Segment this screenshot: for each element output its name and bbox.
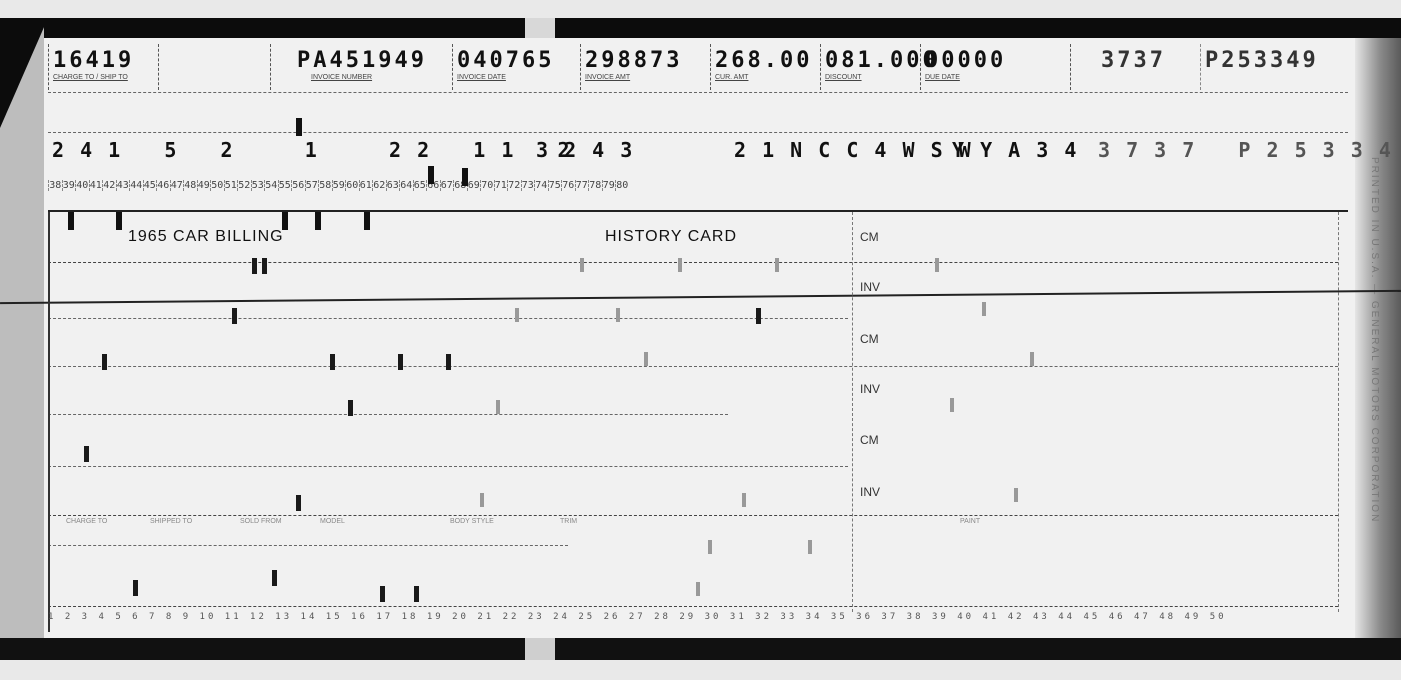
col-num: 64: [399, 180, 413, 191]
punch-mark: [262, 258, 267, 274]
punch-mark: [380, 586, 385, 602]
punch-mark: [330, 354, 335, 370]
col-num: 47: [170, 180, 184, 191]
col-num: 69: [467, 180, 481, 191]
bottom-header: MODEL: [320, 518, 345, 525]
col-num: 49: [197, 180, 211, 191]
punch-mark: [708, 540, 712, 554]
col-num: 65: [413, 180, 427, 191]
card-corner-cut: [0, 18, 48, 128]
col-num: 80: [615, 180, 629, 191]
field-current-amount: 268.00 CUR. AMT: [710, 44, 821, 90]
grid-line: [48, 466, 848, 467]
field-invoice-number: PA451949 INVOICE NUMBER: [270, 44, 453, 90]
punch-mark: [398, 354, 403, 370]
field-charge-to: 16419 CHARGE TO / SHIP TO: [48, 44, 159, 90]
col-num: 73: [521, 180, 535, 191]
field-value: 268.00: [715, 48, 812, 73]
col-num: 41: [89, 180, 103, 191]
col-num: 46: [156, 180, 170, 191]
punch-mark: [1030, 352, 1034, 366]
col-num: 77: [575, 180, 589, 191]
punch-mark: [580, 258, 584, 272]
row-label-inv: INV: [860, 382, 880, 396]
col-num: 39: [62, 180, 76, 191]
code-row-end: 3 7 3 7 P 2 5 3 3 4 9: [1098, 138, 1401, 162]
field-label: CUR. AMT: [715, 74, 748, 81]
card-title-left: 1965 CAR BILLING: [128, 228, 284, 246]
punch-mark: [616, 308, 620, 322]
punch-mark: [496, 400, 500, 414]
bottom-column-numbers: 1 2 3 4 5 6 7 8 9 10 11 12 13 14 15 16 1…: [48, 612, 1227, 622]
col-num: 71: [494, 180, 508, 191]
punch-mark: [678, 258, 682, 272]
bottom-header: SOLD FROM: [240, 518, 282, 525]
divider: [48, 210, 1348, 212]
field-label: INVOICE NUMBER: [311, 74, 372, 81]
punch-mark: [446, 354, 451, 370]
col-num: 79: [602, 180, 616, 191]
row-label-cm: CM: [860, 230, 879, 244]
field-label: CHARGE TO / SHIP TO: [53, 74, 128, 81]
col-num: 42: [102, 180, 116, 191]
field-value: P253349: [1205, 48, 1319, 73]
bottom-header: PAINT: [960, 518, 980, 525]
field-value: PA451949: [297, 48, 427, 73]
scan-top-border: [0, 18, 1401, 40]
punch-mark: [232, 308, 237, 324]
punch-mark: [644, 352, 648, 366]
col-num: 57: [305, 180, 319, 191]
card-right-border: [1338, 212, 1339, 612]
field-code-b: P253349: [1200, 44, 1351, 90]
punch-card: [44, 38, 1364, 638]
punch-mark: [982, 302, 986, 316]
code-rows: 2 4 1 5 2 1 2 2 1 1 2 3 2 4 3 2 1 N C C …: [48, 130, 1338, 210]
field-value: 3737: [1101, 48, 1166, 73]
field-label: INVOICE AMT: [585, 74, 630, 81]
col-num: 76: [561, 180, 575, 191]
col-num: 78: [588, 180, 602, 191]
field-label: DUE DATE: [925, 74, 960, 81]
bottom-header: BODY STYLE: [450, 518, 494, 525]
punch-mark: [808, 540, 812, 554]
field-discount: 081.000 DISCOUNT: [820, 44, 921, 90]
punch-mark: [950, 398, 954, 412]
punch-mark: [84, 446, 89, 462]
punch-mark: [742, 493, 746, 507]
punch-hole: [428, 166, 434, 184]
col-num: 53: [251, 180, 265, 191]
punch-mark: [775, 258, 779, 272]
punch-mark: [1014, 488, 1018, 502]
field-code-a: 3737: [1070, 44, 1201, 90]
punch-mark: [102, 354, 107, 370]
row-label-cm: CM: [860, 332, 879, 346]
col-num: 70: [480, 180, 494, 191]
code-row-far: Y Y A 3 4: [952, 138, 1078, 162]
field-label: INVOICE DATE: [457, 74, 506, 81]
col-num: 75: [548, 180, 562, 191]
punch-mark: [756, 308, 761, 324]
field-value: 16419: [53, 48, 134, 73]
col-num: 44: [129, 180, 143, 191]
punch-mark: [252, 258, 257, 274]
grid-line: [48, 515, 1338, 516]
row-label-cm: CM: [860, 433, 879, 447]
grid-line: [48, 545, 568, 546]
grid-line: [48, 318, 848, 319]
punch-hole: [462, 168, 468, 186]
bottom-header: CHARGE TO: [66, 518, 107, 525]
col-num: 59: [332, 180, 346, 191]
grid-line: [48, 414, 728, 415]
col-num: 52: [237, 180, 251, 191]
column-numbers: 38 39 40 41 42 43 44 45 46 47 48 49 50 5…: [48, 180, 629, 191]
field-value: 298873: [585, 48, 682, 73]
col-num: 48: [183, 180, 197, 191]
field-invoice-date: 040765 INVOICE DATE: [452, 44, 537, 90]
col-num: 58: [318, 180, 332, 191]
punch-mark: [348, 400, 353, 416]
col-num: 43: [116, 180, 130, 191]
col-num: 38: [48, 180, 62, 191]
row-label-inv: INV: [860, 280, 880, 294]
card-title-right: HISTORY CARD: [605, 228, 737, 246]
bottom-header: TRIM: [560, 518, 577, 525]
bottom-header: SHIPPED TO: [150, 518, 192, 525]
col-num: 55: [278, 180, 292, 191]
col-num: 61: [359, 180, 373, 191]
section-divider: [852, 212, 853, 612]
col-num: 63: [386, 180, 400, 191]
col-num: 74: [534, 180, 548, 191]
field-label: DISCOUNT: [825, 74, 862, 81]
punch-mark: [133, 580, 138, 596]
punch-hole: [116, 212, 122, 230]
col-num: 51: [224, 180, 238, 191]
grid-line: [48, 606, 1338, 607]
col-num: 62: [372, 180, 386, 191]
punch-mark: [414, 586, 419, 602]
col-num: 54: [264, 180, 278, 191]
col-num: 72: [507, 180, 521, 191]
punch-mark: [935, 258, 939, 272]
col-num: 45: [143, 180, 157, 191]
col-num: 67: [440, 180, 454, 191]
code-row-mid: 3 2 4 3: [536, 138, 634, 162]
field-value: 040765: [457, 48, 554, 73]
punch-mark: [515, 308, 519, 322]
field-value: 00000: [925, 48, 1006, 73]
punch-hole: [296, 118, 302, 136]
punch-hole: [68, 212, 74, 230]
code-row-right: 2 1 N C C 4 W S W: [734, 138, 973, 162]
col-num: 60: [345, 180, 359, 191]
punch-mark: [296, 495, 301, 511]
punch-hole: [315, 212, 321, 230]
grid-line: [48, 262, 1338, 263]
grid-line: [48, 366, 1338, 367]
field-ship-to: [158, 44, 271, 90]
punch-mark: [696, 582, 700, 596]
border-gap: [525, 638, 555, 660]
col-num: 56: [291, 180, 305, 191]
scan-bottom-border: [0, 638, 1401, 660]
punch-hole: [364, 212, 370, 230]
row-label-inv: INV: [860, 485, 880, 499]
divider: [48, 92, 1348, 93]
punch-mark: [480, 493, 484, 507]
field-invoice-amount: 298873 INVOICE AMT: [580, 44, 681, 90]
col-num: 40: [75, 180, 89, 191]
col-num: 50: [210, 180, 224, 191]
card-left-border: [48, 212, 50, 632]
field-due-date: 00000 DUE DATE: [920, 44, 1071, 90]
code-row-left: 2 4 1 5 2 1 2 2 1 1 2: [52, 138, 572, 162]
punch-mark: [272, 570, 277, 586]
border-gap: [525, 18, 555, 40]
